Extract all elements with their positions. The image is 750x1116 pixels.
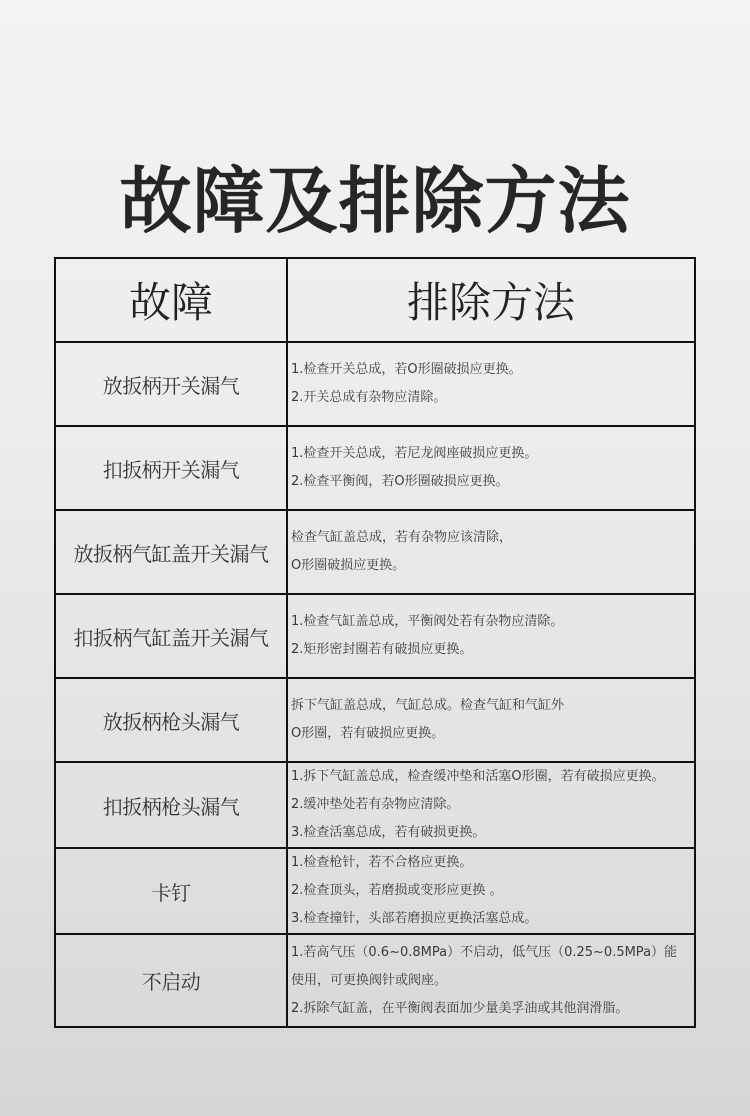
method-line: 3.检查活塞总成，若有破损更换。 [291,819,694,847]
table-row: 放扳柄枪头漏气 拆下气缸盖总成，气缸总成。检查气缸和气缸外 O形圈，若有破损应更… [55,678,695,762]
method-cell: 1.检查开关总成，若O形圈破损应更换。 2.开关总成有杂物应清除。 [287,342,695,426]
method-cell: 1.拆下气缸盖总成，检查缓冲垫和活塞O形圈，若有破损应更换。 2.缓冲垫处若有杂… [287,762,695,848]
method-line: 1.拆下气缸盖总成，检查缓冲垫和活塞O形圈，若有破损应更换。 [291,763,694,791]
method-cell: 1.检查枪针，若不合格应更换。 2.检查顶头，若磨损或变形应更换 。 3.检查撞… [287,848,695,934]
table-header-row: 故障 排除方法 [55,258,695,342]
fault-cell: 扣扳柄气缸盖开关漏气 [55,594,287,678]
method-cell: 1.若高气压（0.6~0.8MPa）不启动，低气压（0.25~0.5MPa）能 … [287,934,695,1027]
table-row: 放扳柄开关漏气 1.检查开关总成，若O形圈破损应更换。 2.开关总成有杂物应清除… [55,342,695,426]
method-line: O形圈破损应更换。 [291,552,694,580]
table-row: 放扳柄气缸盖开关漏气 检查气缸盖总成，若有杂物应该清除， O形圈破损应更换。 [55,510,695,594]
table-row: 卡钉 1.检查枪针，若不合格应更换。 2.检查顶头，若磨损或变形应更换 。 3.… [55,848,695,934]
method-line: 2.检查顶头，若磨损或变形应更换 。 [291,877,694,905]
fault-cell: 不启动 [55,934,287,1027]
method-line: 使用，可更换阀针或阀座。 [291,967,694,995]
fault-cell: 放扳柄气缸盖开关漏气 [55,510,287,594]
method-cell: 检查气缸盖总成，若有杂物应该清除， O形圈破损应更换。 [287,510,695,594]
fault-cell: 放扳柄开关漏气 [55,342,287,426]
header-method: 排除方法 [287,258,695,342]
table-row: 扣扳柄开关漏气 1.检查开关总成，若尼龙阀座破损应更换。 2.检查平衡阀，若O形… [55,426,695,510]
method-line: 1.检查枪针，若不合格应更换。 [291,849,694,877]
method-line: 2.开关总成有杂物应清除。 [291,384,694,412]
method-line: 2.检查平衡阀，若O形圈破损应更换。 [291,468,694,496]
method-line: 1.检查气缸盖总成，平衡阀处若有杂物应清除。 [291,608,694,636]
method-line: 拆下气缸盖总成，气缸总成。检查气缸和气缸外 [291,692,694,720]
fault-cell: 扣扳柄枪头漏气 [55,762,287,848]
table-row: 扣扳柄气缸盖开关漏气 1.检查气缸盖总成，平衡阀处若有杂物应清除。 2.矩形密封… [55,594,695,678]
fault-troubleshooting-table: 故障 排除方法 放扳柄开关漏气 1.检查开关总成，若O形圈破损应更换。 2.开关… [54,257,696,1028]
fault-cell: 放扳柄枪头漏气 [55,678,287,762]
method-line: 2.缓冲垫处若有杂物应清除。 [291,791,694,819]
method-line: O形圈，若有破损应更换。 [291,720,694,748]
fault-cell: 扣扳柄开关漏气 [55,426,287,510]
method-line: 1.检查开关总成，若尼龙阀座破损应更换。 [291,440,694,468]
method-cell: 1.检查气缸盖总成，平衡阀处若有杂物应清除。 2.矩形密封圈若有破损应更换。 [287,594,695,678]
method-cell: 1.检查开关总成，若尼龙阀座破损应更换。 2.检查平衡阀，若O形圈破损应更换。 [287,426,695,510]
method-cell: 拆下气缸盖总成，气缸总成。检查气缸和气缸外 O形圈，若有破损应更换。 [287,678,695,762]
header-fault: 故障 [55,258,287,342]
method-line: 3.检查撞针，头部若磨损应更换活塞总成。 [291,905,694,933]
method-line: 检查气缸盖总成，若有杂物应该清除， [291,524,694,552]
method-line: 1.若高气压（0.6~0.8MPa）不启动，低气压（0.25~0.5MPa）能 [291,939,694,967]
table-row: 不启动 1.若高气压（0.6~0.8MPa）不启动，低气压（0.25~0.5MP… [55,934,695,1027]
table-row: 扣扳柄枪头漏气 1.拆下气缸盖总成，检查缓冲垫和活塞O形圈，若有破损应更换。 2… [55,762,695,848]
fault-cell: 卡钉 [55,848,287,934]
page-title: 故障及排除方法 [0,156,750,246]
method-line: 1.检查开关总成，若O形圈破损应更换。 [291,356,694,384]
method-line: 2.拆除气缸盖，在平衡阀表面加少量美孚油或其他润滑脂。 [291,995,694,1023]
method-line: 2.矩形密封圈若有破损应更换。 [291,636,694,664]
